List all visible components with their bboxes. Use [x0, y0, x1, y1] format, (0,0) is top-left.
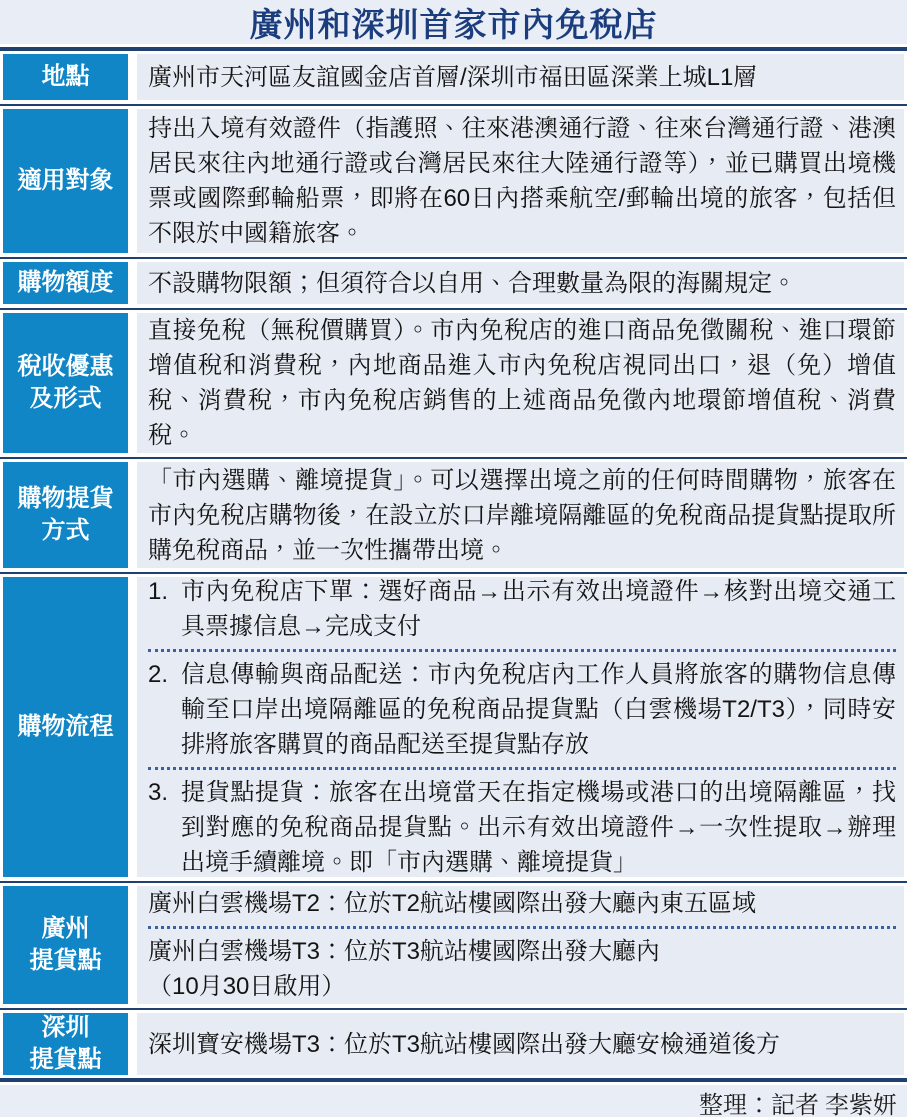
row-divider — [0, 304, 907, 313]
divider-line — [0, 457, 907, 459]
row-text: 持出入境有效證件（指護照、往來港澳通行證、往來台灣通行證、港澳居民來往內地通行證… — [148, 111, 896, 251]
row-text: 深圳寶安機場T3：位於T3航站樓國際出發大廳安檢通道後方 — [148, 1027, 896, 1062]
step-text: 提貨點提貨：旅客在出境當天在指定機場或港口的出境隔離區，找到對應的免稅商品提貨點… — [181, 775, 896, 880]
row-content: 廣州市天河區友誼國金店首層/深圳市福田區深業上城L1層 — [137, 54, 904, 100]
pickup-point-t3: 廣州白雲機場T3：位於T3航站樓國際出發大廳內 （10月30日啟用） — [148, 934, 896, 1004]
table-row-shenzhen-pickup: 深圳 提貨點 深圳寶安機場T3：位於T3航站樓國際出發大廳安檢通道後方 — [0, 1013, 907, 1075]
table-row-eligibility: 適用對象 持出入境有效證件（指護照、往來港澳通行證、往來台灣通行證、港澳居民來往… — [0, 109, 907, 253]
dotted-divider — [148, 767, 896, 770]
dotted-divider — [148, 649, 896, 652]
table-row-tax-benefit: 稅收優惠 及形式 直接免稅（無稅價購買）。市內免稅店的進口商品免徵關稅、進口環節… — [0, 313, 907, 453]
infographic-page: 廣州和深圳首家市內免稅店 地點 廣州市天河區友誼國金店首層/深圳市福田區深業上城… — [0, 0, 907, 1117]
divider-line — [0, 1008, 907, 1010]
step-number: 2. — [148, 657, 181, 762]
row-content: 廣州白雲機場T2：位於T2航站樓國際出發大廳內東五區域 廣州白雲機場T3：位於T… — [137, 886, 904, 1004]
row-divider — [0, 253, 907, 262]
pickup-point-t2: 廣州白雲機場T2：位於T2航站樓國際出發大廳內東五區域 — [148, 886, 896, 921]
table-row-quota: 購物額度 不設購物限額；但須符合以自用、合理數量為限的海關規定。 — [0, 262, 907, 304]
process-step-3: 3. 提貨點提貨：旅客在出境當天在指定機場或港口的出境隔離區，找到對應的免稅商品… — [148, 775, 896, 880]
divider-line — [0, 881, 907, 883]
row-label: 購物流程 — [3, 577, 128, 877]
process-step-2: 2. 信息傳輸與商品配送：市內免稅店內工作人員將旅客的購物信息傳輸至口岸出境隔離… — [148, 657, 896, 762]
step-text: 信息傳輸與商品配送：市內免稅店內工作人員將旅客的購物信息傳輸至口岸出境隔離區的免… — [181, 657, 896, 762]
table-row-shopping-process: 購物流程 1. 市內免稅店下單：選好商品→出示有效出境證件→核對出境交通工具票據… — [0, 577, 907, 877]
row-divider — [0, 453, 907, 462]
row-content: 直接免稅（無稅價購買）。市內免稅店的進口商品免徵關稅、進口環節增值稅和消費稅，內… — [137, 313, 904, 453]
page-title: 廣州和深圳首家市內免稅店 — [0, 0, 907, 44]
row-content: 1. 市內免稅店下單：選好商品→出示有效出境證件→核對出境交通工具票據信息→完成… — [137, 577, 904, 877]
row-divider — [0, 100, 907, 109]
bottom-divider — [0, 1075, 907, 1085]
step-number: 3. — [148, 775, 181, 880]
process-step-1: 1. 市內免稅店下單：選好商品→出示有效出境證件→核對出境交通工具票據信息→完成… — [148, 574, 896, 644]
row-label: 深圳 提貨點 — [3, 1013, 128, 1075]
credit-line: 整理：記者 李紫妍 — [0, 1085, 907, 1117]
step-number: 1. — [148, 574, 181, 644]
divider-line — [0, 257, 907, 259]
row-text: 廣州市天河區友誼國金店首層/深圳市福田區深業上城L1層 — [148, 60, 896, 95]
row-text: 不設購物限額；但須符合以自用、合理數量為限的海關規定。 — [148, 266, 896, 301]
row-text: 直接免稅（無稅價購買）。市內免稅店的進口商品免徵關稅、進口環節增值稅和消費稅，內… — [148, 313, 896, 453]
row-label: 購物額度 — [3, 262, 128, 304]
row-content: 不設購物限額；但須符合以自用、合理數量為限的海關規定。 — [137, 262, 904, 304]
row-content: 持出入境有效證件（指護照、往來港澳通行證、往來台灣通行證、港澳居民來往內地通行證… — [137, 109, 904, 253]
row-label: 稅收優惠 及形式 — [3, 313, 128, 453]
table-row-location: 地點 廣州市天河區友誼國金店首層/深圳市福田區深業上城L1層 — [0, 54, 907, 100]
step-text: 市內免稅店下單：選好商品→出示有效出境證件→核對出境交通工具票據信息→完成支付 — [181, 574, 896, 644]
row-divider — [0, 877, 907, 886]
row-content: 「市內選購、離境提貨」。可以選擇出境之前的任何時間購物，旅客在市內免稅店購物後，… — [137, 462, 904, 568]
table-row-pickup-method: 購物提貨 方式 「市內選購、離境提貨」。可以選擇出境之前的任何時間購物，旅客在市… — [0, 462, 907, 568]
title-divider — [0, 44, 907, 54]
row-divider — [0, 1004, 907, 1013]
divider-line — [0, 47, 907, 52]
divider-line — [0, 1078, 907, 1083]
row-label: 地點 — [3, 54, 128, 100]
table-row-guangzhou-pickup: 廣州 提貨點 廣州白雲機場T2：位於T2航站樓國際出發大廳內東五區域 廣州白雲機… — [0, 886, 907, 1004]
divider-line — [0, 104, 907, 106]
row-label: 購物提貨 方式 — [3, 462, 128, 568]
divider-line — [0, 308, 907, 310]
row-label: 適用對象 — [3, 109, 128, 253]
row-text: 「市內選購、離境提貨」。可以選擇出境之前的任何時間購物，旅客在市內免稅店購物後，… — [148, 463, 896, 568]
row-label: 廣州 提貨點 — [3, 886, 128, 1004]
row-content: 深圳寶安機場T3：位於T3航站樓國際出發大廳安檢通道後方 — [137, 1013, 904, 1075]
dotted-divider — [148, 926, 896, 929]
